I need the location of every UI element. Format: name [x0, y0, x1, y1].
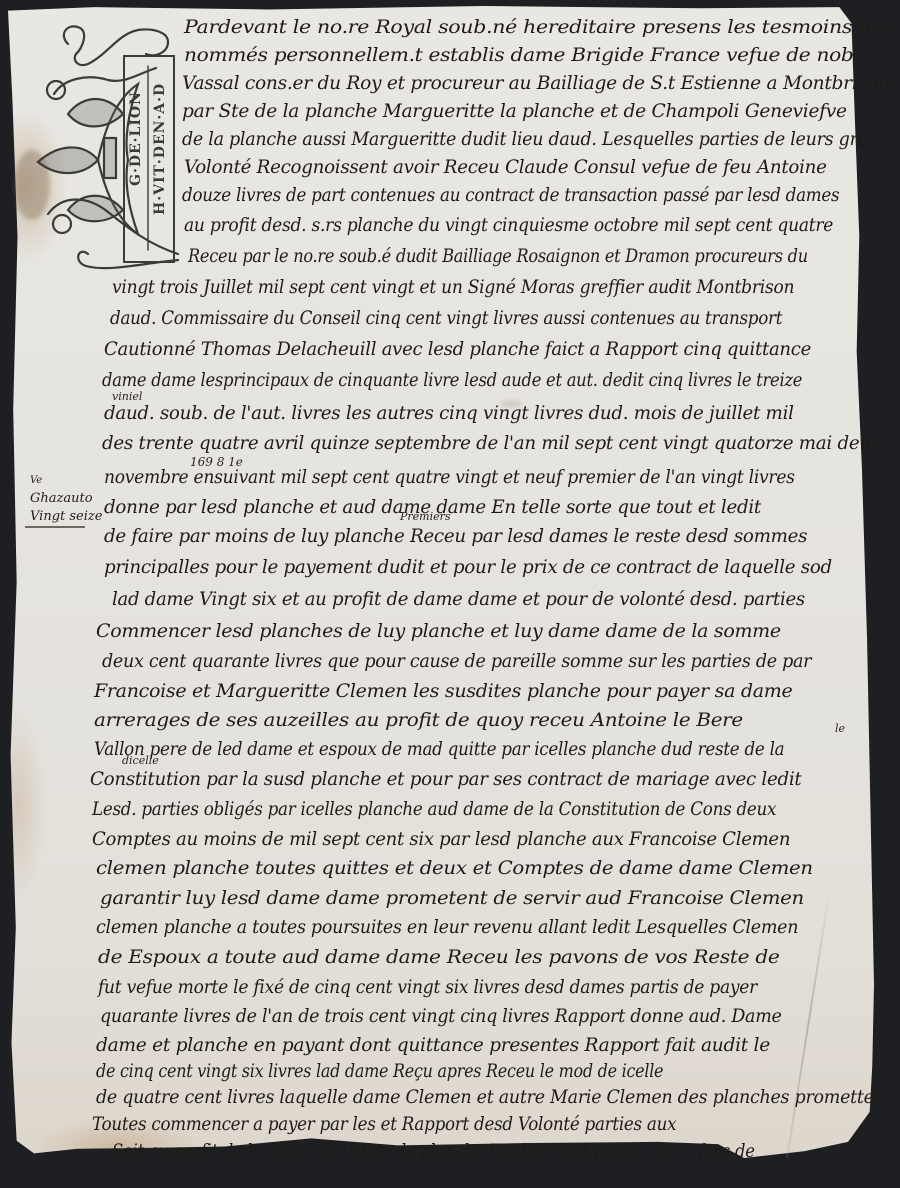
- margin-dash: [25, 526, 85, 528]
- manuscript-line: nommés personnellem.t establis dame Brig…: [184, 44, 871, 66]
- manuscript-line: Vassal cons.er du Roy et procureur au Ba…: [182, 72, 889, 94]
- manuscript-line: daud. Commissaire du Conseil cinq cent v…: [110, 307, 782, 329]
- manuscript-line: lad dame Vingt six et au profit de dame …: [112, 588, 805, 610]
- manuscript-line: de cinq cent vingt six livres lad dame R…: [96, 1060, 663, 1082]
- manuscript-line: douze livres de part contenues au contra…: [182, 184, 839, 206]
- manuscript-line: des trente quatre avril quinze septembre…: [102, 432, 881, 454]
- manuscript-line: au profit desd. s.rs planche du vingt ci…: [184, 214, 833, 236]
- manuscript-line: novembre ensuivant mil sept cent quatre …: [104, 466, 795, 488]
- margin-note-line: Ve: [30, 472, 102, 490]
- margin-note: Ve Ghazauto Vingt seize: [30, 472, 102, 526]
- manuscript-line: Constitution par la susd planche et pour…: [90, 768, 801, 790]
- manuscript-line: Comptes au moins de mil sept cent six pa…: [92, 828, 790, 850]
- manuscript-line: Pardevant le no.re Royal soub.né heredit…: [184, 16, 893, 38]
- manuscript-line: Volonté Recognoissent avoir Receu Claude…: [184, 156, 827, 178]
- manuscript-line: garantir luy lesd dame dame prometent de…: [100, 887, 804, 909]
- manuscript-line: de la planche aussi Margueritte dudit li…: [182, 128, 868, 150]
- manuscript-line: deux cent quarante livres que pour cause…: [102, 650, 811, 672]
- margin-note-line: Ghazauto: [30, 490, 102, 508]
- manuscript-line: clemen planche a toutes poursuites en le…: [96, 916, 798, 938]
- manuscript-line: Receu par le no.re soub.é dudit Bailliag…: [188, 245, 808, 267]
- manuscript-line: daud. soub. de l'aut. livres les autres …: [104, 402, 794, 424]
- manuscript-line: fut vefue morte le fixé de cinq cent vin…: [98, 976, 757, 998]
- manuscript-body: Pardevant le no.re Royal soub.né heredit…: [0, 0, 900, 1188]
- manuscript-line: principalles pour le payement dudit et p…: [104, 556, 832, 578]
- manuscript-line: arrerages de ses auzeilles au profit de …: [94, 709, 743, 731]
- manuscript-line: par Ste de la planche Margueritte la pla…: [182, 100, 847, 122]
- manuscript-line: Toutes commencer a payer par les et Rapp…: [92, 1113, 676, 1135]
- manuscript-line: Francoise et Margueritte Clemen les susd…: [94, 680, 792, 702]
- manuscript-line: Cautionné Thomas Delacheuill avec lesd p…: [104, 338, 811, 360]
- manuscript-line: dame dame lesprincipaux de cinquante liv…: [102, 369, 802, 391]
- manuscript-line: Soit au profit de la dame du Vallon de p…: [112, 1140, 755, 1162]
- manuscript-line: Commencer lesd planches de luy planche e…: [96, 620, 781, 642]
- interlinear-insert: le: [835, 722, 845, 735]
- margin-note-line: Vingt seize: [30, 508, 102, 526]
- interlinear-insert: Premiers: [400, 510, 451, 523]
- manuscript-line: dame et planche en payant dont quittance…: [96, 1034, 770, 1056]
- manuscript-line: Lesd. parties obligés par icelles planch…: [92, 798, 776, 820]
- manuscript-line: de quatre cent livres laquelle dame Clem…: [96, 1086, 885, 1108]
- interlinear-insert: dicelle: [122, 754, 159, 767]
- manuscript-line: Vallon pere de led dame et espoux de mad…: [94, 738, 784, 760]
- manuscript-line: clemen planche toutes quittes et deux et…: [96, 857, 813, 879]
- manuscript-line: quarante livres de l'an de trois cent vi…: [100, 1005, 782, 1027]
- manuscript-line: de Espoux a toute aud dame dame Receu le…: [98, 946, 780, 968]
- manuscript-line: de faire par moins de luy planche Receu …: [104, 525, 807, 547]
- manuscript-line: vingt trois Juillet mil sept cent vingt …: [112, 276, 794, 298]
